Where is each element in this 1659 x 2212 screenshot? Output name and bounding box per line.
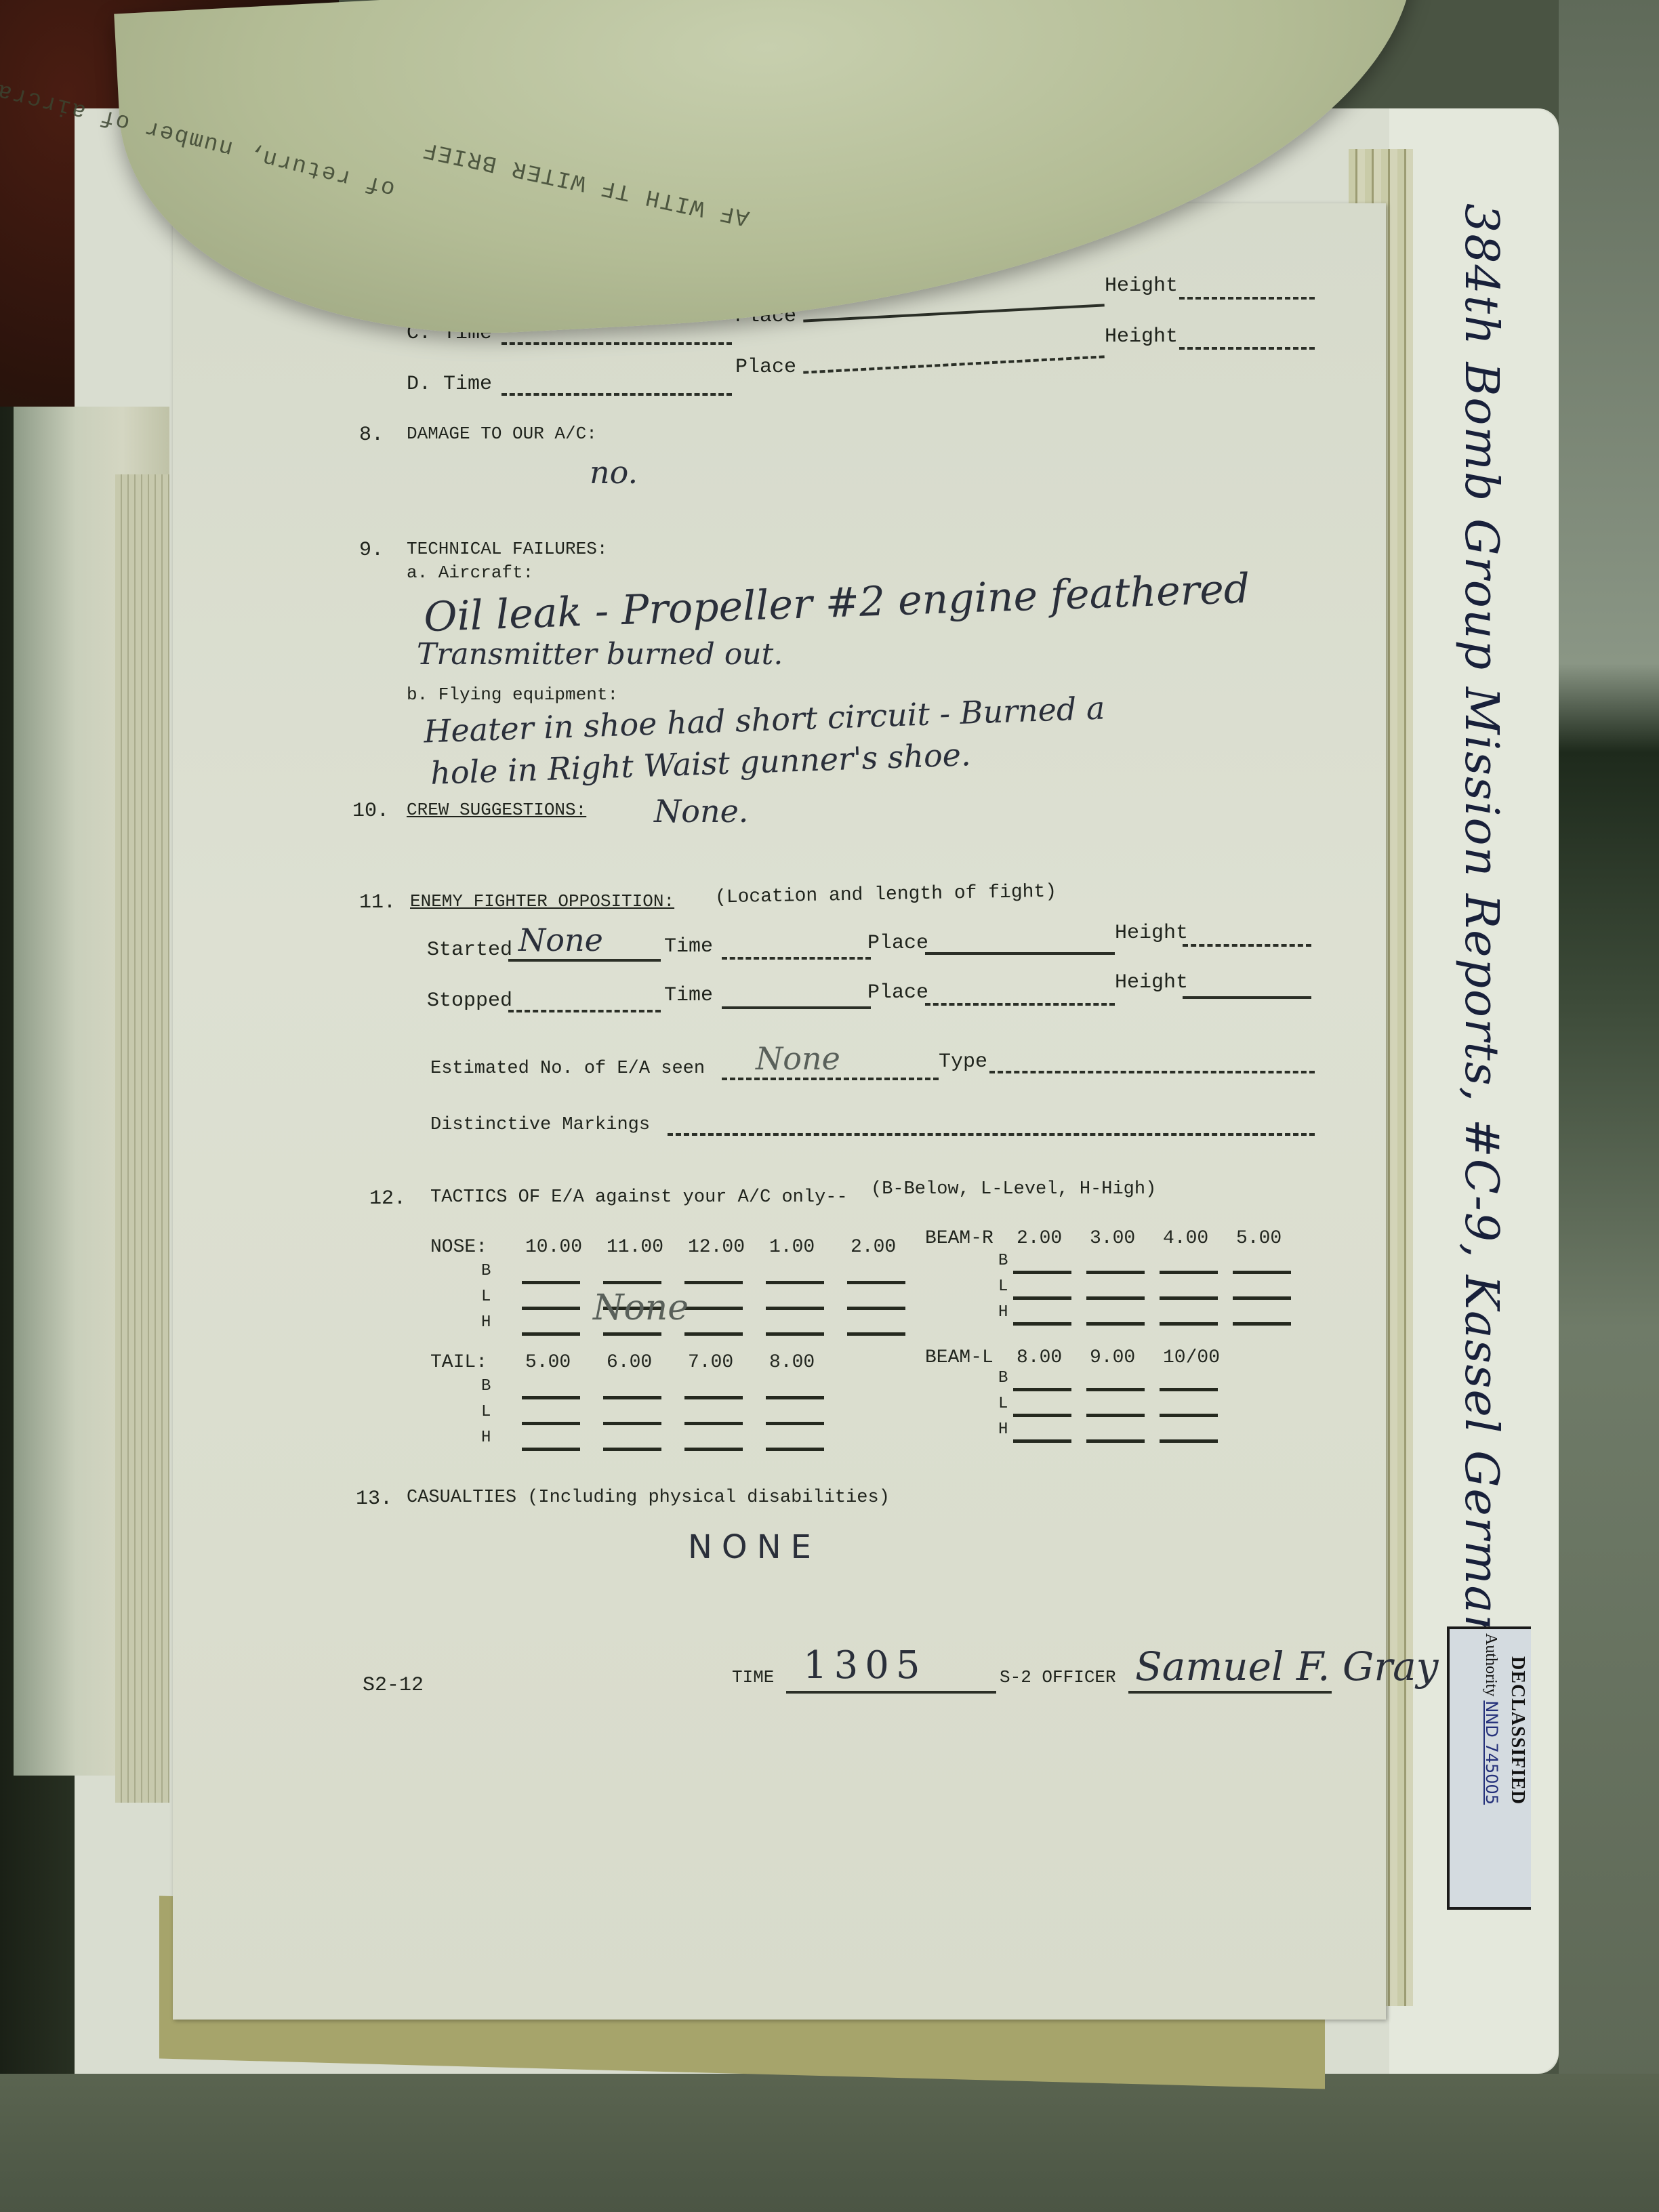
section-11-subtitle: (Location and length of fight) (715, 882, 1057, 909)
left-page-edges (115, 474, 169, 1803)
background-table-bottom (0, 2074, 1659, 2212)
stopped-field[interactable] (508, 1010, 661, 1012)
tactics-blank-l[interactable] (1160, 1296, 1218, 1300)
tactics-blank-h[interactable] (684, 1332, 743, 1336)
started-place-field[interactable] (925, 952, 1115, 955)
tactics-clock-heading: 11.00 (607, 1237, 663, 1258)
tactics-blank-l[interactable] (1233, 1296, 1291, 1300)
tactics-blank-h[interactable] (1160, 1439, 1218, 1443)
tactics-row-label: B (481, 1377, 491, 1395)
tactics-clock-heading: 10.00 (525, 1237, 582, 1258)
row-d-height-field[interactable] (1179, 347, 1315, 350)
tactics-row-label: H (481, 1429, 491, 1447)
section-12-number: 12. (369, 1187, 406, 1210)
tactics-blank-h[interactable] (603, 1332, 661, 1336)
authority-label: Authority (1482, 1633, 1500, 1696)
stopped-place-label: Place (867, 981, 928, 1004)
stopped-time-label: Time (664, 984, 713, 1007)
tactics-blank-l[interactable] (1160, 1414, 1218, 1417)
tactics-clock-heading: 7.00 (688, 1352, 733, 1373)
declassified-title: DECLASSIFIED (1507, 1656, 1528, 1805)
row-c-place-field[interactable] (803, 304, 1105, 322)
tactics-blank-h[interactable] (1086, 1322, 1145, 1326)
tactics-blank-l[interactable] (1086, 1414, 1145, 1417)
section-11-title: ENEMY FIGHTER OPPOSITION: (410, 891, 674, 912)
tactics-blank-h[interactable] (1086, 1439, 1145, 1443)
tactics-blank-h[interactable] (684, 1448, 743, 1451)
started-height-field[interactable] (1183, 944, 1311, 947)
tactics-blank-h[interactable] (1233, 1322, 1291, 1326)
tactics-blank-b[interactable] (522, 1396, 580, 1399)
tactics-blank-l[interactable] (766, 1307, 824, 1310)
tactics-blank-b[interactable] (1013, 1388, 1071, 1391)
row-d-height-label: Height (1105, 325, 1178, 348)
tactics-clock-heading: 8.00 (1017, 1347, 1062, 1368)
tactics-blank-l[interactable] (1013, 1414, 1071, 1417)
tactics-row-label: L (998, 1395, 1008, 1413)
tactics-row-label: L (998, 1277, 1008, 1296)
aircraft-answer-line1: Oil leak - Propeller #2 engine feathered (423, 565, 1250, 642)
tactics-blank-b[interactable] (522, 1281, 580, 1284)
tactics-clock-heading: 6.00 (607, 1352, 652, 1373)
tactics-blank-b[interactable] (1233, 1271, 1291, 1274)
tactics-handwritten-answer: None (593, 1288, 689, 1328)
row-d-place-field[interactable] (803, 355, 1105, 373)
started-value: None (518, 922, 603, 958)
tactics-clock-heading: 5.00 (525, 1352, 571, 1373)
tactics-blank-b[interactable] (603, 1396, 661, 1399)
type-label: Type (939, 1050, 987, 1073)
tactics-blank-b[interactable] (684, 1396, 743, 1399)
tactics-blank-h[interactable] (1013, 1322, 1071, 1326)
tactics-clock-heading: 8.00 (769, 1352, 815, 1373)
tactics-blank-b[interactable] (603, 1281, 661, 1284)
tactics-clock-heading: 4.00 (1163, 1228, 1208, 1249)
row-d-place-label: Place (735, 356, 796, 379)
tactics-clock-heading: 9.00 (1090, 1347, 1135, 1368)
row-d-time-label: D. Time (407, 373, 492, 396)
tactics-clock-heading: 3.00 (1090, 1228, 1135, 1249)
tactics-clock-heading: 12.00 (688, 1237, 745, 1258)
markings-label: Distinctive Markings (430, 1115, 650, 1135)
tactics-blank-h[interactable] (1013, 1439, 1071, 1443)
section-13-title: CASUALTIES (Including physical disabilit… (407, 1488, 890, 1508)
tactics-clock-heading: 2.00 (1017, 1228, 1062, 1249)
section-9-number: 9. (359, 539, 384, 562)
tactics-blank-b[interactable] (1013, 1271, 1071, 1274)
section-8-title: DAMAGE TO OUR A/C: (407, 424, 597, 444)
tactics-blank-b[interactable] (766, 1396, 824, 1399)
section-10-title: CREW SUGGESTIONS: (407, 800, 586, 820)
started-time-label: Time (664, 935, 713, 958)
tactics-row-label: B (998, 1252, 1008, 1270)
declassified-authority: Authority NND 745005 (1481, 1633, 1501, 1805)
time-value: 1305 (803, 1643, 927, 1687)
tactics-blank-b[interactable] (1086, 1388, 1145, 1391)
tactics-blank-l[interactable] (1013, 1296, 1071, 1300)
tactics-blank-b[interactable] (1160, 1271, 1218, 1274)
section-9-title: TECHNICAL FAILURES: (407, 539, 607, 559)
tactics-nose-label: NOSE: (430, 1237, 487, 1258)
tactics-clock-heading: 2.00 (851, 1237, 896, 1258)
tactics-blank-l[interactable] (684, 1422, 743, 1425)
stopped-height-label: Height (1115, 971, 1188, 994)
tactics-clock-heading: 1.00 (769, 1237, 815, 1258)
tactics-beam-l-label: BEAM-L (925, 1347, 994, 1368)
tactics-blank-l[interactable] (1086, 1296, 1145, 1300)
tactics-blank-l[interactable] (603, 1422, 661, 1425)
tactics-blank-l[interactable] (522, 1422, 580, 1425)
folder-tab-label: 384th Bomb Group Mission Reports, #C-9, … (1454, 203, 1508, 1491)
row-d-time-field[interactable] (501, 393, 732, 396)
curl-reversed-text-2: AF WITH TF WITER BRIEF (419, 136, 752, 230)
tactics-blank-b[interactable] (847, 1281, 905, 1284)
tactics-tail-label: TAIL: (430, 1352, 487, 1373)
tactics-blank-h[interactable] (766, 1448, 824, 1451)
section-10-number: 10. (352, 800, 389, 823)
stopped-height-field[interactable] (1183, 996, 1311, 999)
tactics-row-label: L (481, 1403, 491, 1421)
declassified-stamp: DECLASSIFIED Authority NND 745005 (1447, 1626, 1531, 1910)
section-12-title: TACTICS OF E/A against your A/C only-- (430, 1187, 848, 1208)
tactics-row-label: H (998, 1303, 1008, 1322)
started-place-label: Place (867, 932, 928, 955)
tactics-blank-l[interactable] (522, 1307, 580, 1310)
row-c-height-field[interactable] (1179, 297, 1315, 300)
section-8-answer: no. (590, 454, 638, 491)
tactics-blank-b[interactable] (766, 1281, 824, 1284)
row-c-height-label: Height (1105, 274, 1178, 298)
tactics-blank-l[interactable] (847, 1307, 905, 1310)
aircraft-answer-line2: Transmitter burned out. (417, 637, 783, 672)
tactics-blank-l[interactable] (684, 1307, 743, 1310)
section-10-answer: None. (654, 793, 748, 829)
estimated-value: None (756, 1040, 840, 1077)
stopped-label: Stopped (427, 989, 512, 1012)
stopped-time-field[interactable] (722, 1006, 871, 1009)
form-number: S2-12 (363, 1674, 424, 1697)
stopped-place-field[interactable] (925, 1003, 1115, 1006)
tactics-row-label: L (481, 1288, 491, 1306)
aircraft-label: a. Aircraft: (407, 562, 533, 583)
tactics-row-label: B (481, 1262, 491, 1280)
section-12-legend: (B-Below, L-Level, H-High) (871, 1179, 1156, 1200)
section-8-number: 8. (359, 424, 384, 447)
section-13-number: 13. (356, 1488, 392, 1511)
section-11-number: 11. (359, 891, 396, 914)
tactics-beam-r-label: BEAM-R (925, 1228, 994, 1249)
tactics-blank-l[interactable] (766, 1422, 824, 1425)
officer-signature-field[interactable] (1128, 1691, 1332, 1694)
tactics-blank-b[interactable] (1160, 1388, 1218, 1391)
flying-equipment-label: b. Flying equipment: (407, 684, 618, 705)
tactics-blank-b[interactable] (1086, 1271, 1145, 1274)
estimated-label: Estimated No. of E/A seen (430, 1059, 705, 1079)
tactics-blank-h[interactable] (847, 1332, 905, 1336)
tactics-clock-heading: 5.00 (1236, 1228, 1282, 1249)
officer-signature: Samuel F. Gray (1135, 1643, 1438, 1689)
tactics-row-label: B (998, 1369, 1008, 1387)
started-height-label: Height (1115, 922, 1188, 945)
tactics-blank-h[interactable] (522, 1332, 580, 1336)
row-c-time-field[interactable] (501, 342, 732, 345)
markings-field[interactable] (668, 1133, 1315, 1136)
tactics-blank-b[interactable] (684, 1281, 743, 1284)
started-field[interactable] (508, 959, 661, 962)
authority-number: NND 745005 (1482, 1700, 1501, 1805)
tactics-blank-h[interactable] (522, 1448, 580, 1451)
section-13-answer: NONE (688, 1528, 821, 1566)
mission-report-page: C. Time Place Height D. Time Place Heigh… (173, 203, 1386, 2020)
started-time-field[interactable] (722, 957, 871, 960)
tactics-blank-h[interactable] (766, 1332, 824, 1336)
tactics-row-label: H (481, 1313, 491, 1332)
tactics-row-label: H (998, 1420, 1008, 1439)
officer-label: S-2 OFFICER (1000, 1667, 1116, 1687)
time-label: TIME (732, 1667, 774, 1687)
estimated-field[interactable] (722, 1078, 939, 1080)
time-field[interactable] (786, 1691, 996, 1694)
tactics-blank-h[interactable] (603, 1448, 661, 1451)
tactics-clock-heading: 10/00 (1163, 1347, 1220, 1368)
type-field[interactable] (989, 1071, 1315, 1073)
started-label: Started (427, 939, 512, 962)
background-table-right (1559, 0, 1659, 2212)
tactics-blank-h[interactable] (1160, 1322, 1218, 1326)
